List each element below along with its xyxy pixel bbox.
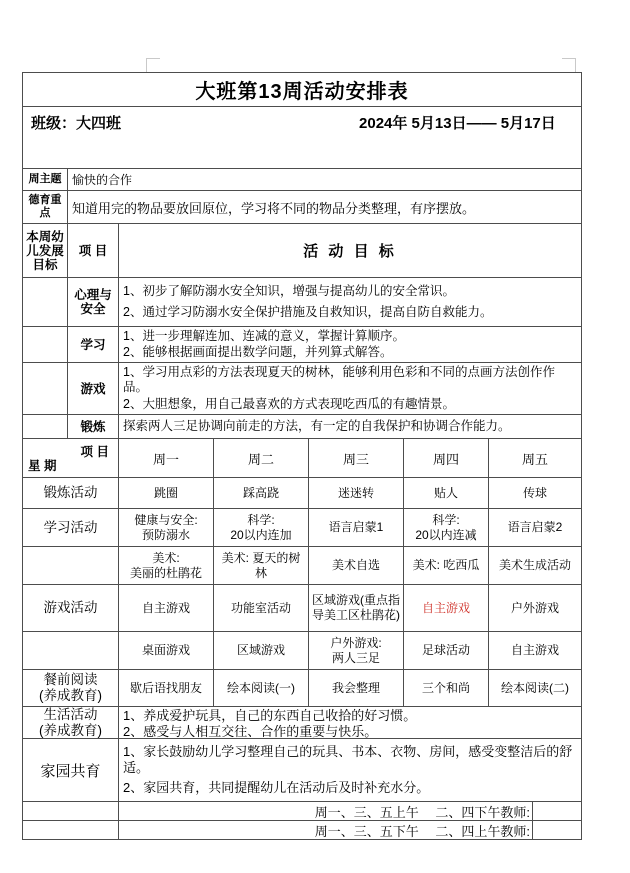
schedule-row-label-empty xyxy=(23,632,119,670)
schedule-cell-mon: 自主游戏 xyxy=(119,585,214,632)
life-activity-content: 1、养成爱护玩具，自己的东西自己收拾的好习惯。 2、感受与人相互交往、合作的重要… xyxy=(119,707,582,739)
schedule-cell-fri: 传球 xyxy=(489,478,582,509)
corner-week-label: 星 期 xyxy=(28,456,56,474)
schedule-row-label: 餐前阅读 (养成教育) xyxy=(23,670,119,707)
home-item: 2、家园共育，共同提醒幼儿在活动后及时补充水分。 xyxy=(123,780,575,796)
goal-text: 探索两人三足协调向前走的方法，有一定的自我保护和协调合作能力。 xyxy=(123,419,575,434)
schedule-cell-tue: 美术: 夏天的树林 xyxy=(214,547,309,585)
dev-row-label: 学习 xyxy=(68,327,119,363)
life-item: 1、养成爱护玩具，自己的东西自己收拾的好习惯。 xyxy=(123,708,575,724)
dev-row-label: 游戏 xyxy=(68,363,119,415)
home-item: 1、家长鼓励幼儿学习整理自己的玩具、书本、衣物、房间，感受变整洁后的舒适。 xyxy=(123,744,575,776)
goal-column-header: 活 动 目 标 xyxy=(119,224,582,278)
goal-text: 2、能够根据画面提出数学问题，并列算式解答。 xyxy=(123,345,575,360)
weekly-schedule-table: 大班第13周活动安排表 班级：大四班2024年 5月13日—— 5月17日 周主… xyxy=(22,72,582,840)
document-title: 大班第13周活动安排表 xyxy=(23,73,582,107)
goal-text: 2、通过学习防溺水安全保护措施及自救知识，提高自防自救能力。 xyxy=(123,305,575,320)
dev-goal-cell: 1、初步了解防溺水安全知识，增强与提高幼儿的安全常识。 2、通过学习防溺水安全保… xyxy=(119,278,582,327)
class-name: 班级：大四班 xyxy=(31,115,121,132)
life-item: 2、感受与人相互交往、合作的重要与快乐。 xyxy=(123,724,575,739)
schedule-cell-thu: 科学: 20以内连减 xyxy=(404,509,489,547)
corner-header-cell: 项 目 星 期 xyxy=(23,439,119,478)
goal-text: 2、大胆想象，用自己最喜欢的方式表现吃西瓜的有趣情景。 xyxy=(123,397,575,412)
schedule-cell-mon: 歇后语找朋友 xyxy=(119,670,214,707)
schedule-cell-wed: 美术自选 xyxy=(309,547,404,585)
schedule-cell-mon: 美术: 美丽的杜鹃花 xyxy=(119,547,214,585)
schedule-row-label: 学习活动 xyxy=(23,509,119,547)
schedule-cell-thu: 三个和尚 xyxy=(404,670,489,707)
day-header-thu: 周四 xyxy=(404,439,489,478)
day-header-mon: 周一 xyxy=(119,439,214,478)
schedule-cell-wed: 我会整理 xyxy=(309,670,404,707)
empty-cell xyxy=(23,802,119,821)
home-coop-label: 家园共育 xyxy=(23,739,119,802)
empty-cell xyxy=(23,821,119,840)
date-range: 2024年 5月13日—— 5月17日 xyxy=(359,115,556,132)
schedule-cell-mon: 健康与安全: 预防溺水 xyxy=(119,509,214,547)
item-column-header: 项 目 xyxy=(68,224,119,278)
schedule-cell-tue: 区域游戏 xyxy=(214,632,309,670)
week-theme-label: 周主题 xyxy=(23,169,68,191)
schedule-cell-fri: 自主游戏 xyxy=(489,632,582,670)
dev-goal-cell: 探索两人三足协调向前走的方法，有一定的自我保护和协调合作能力。 xyxy=(119,415,582,439)
development-section-label: 本周幼儿发展目标 xyxy=(23,224,68,278)
schedule-cell-thu: 贴人 xyxy=(404,478,489,509)
class-date-row: 班级：大四班2024年 5月13日—— 5月17日 xyxy=(23,107,582,169)
schedule-cell-wed: 迷迷转 xyxy=(309,478,404,509)
schedule-cell-fri: 语言启蒙2 xyxy=(489,509,582,547)
schedule-cell-fri: 绘本阅读(二) xyxy=(489,670,582,707)
home-coop-content: 1、家长鼓励幼儿学习整理自己的玩具、书本、衣物、房间，感受变整洁后的舒适。 2、… xyxy=(119,739,582,802)
schedule-cell-thu-highlighted: 自主游戏 xyxy=(404,585,489,632)
day-header-tue: 周二 xyxy=(214,439,309,478)
goal-text: 1、学习用点彩的方法表现夏天的树林，能够利用色彩和不同的点画方法创作作品。 xyxy=(123,365,575,395)
corner-item-label: 项 目 xyxy=(81,442,109,460)
schedule-cell-wed: 区域游戏(重点指导美工区杜鹃花) xyxy=(309,585,404,632)
schedule-row-label: 锻炼活动 xyxy=(23,478,119,509)
week-theme-value: 愉快的合作 xyxy=(68,169,582,191)
schedule-cell-thu: 美术: 吃西瓜 xyxy=(404,547,489,585)
schedule-cell-wed: 户外游戏: 两人三足 xyxy=(309,632,404,670)
dev-goal-cell: 1、学习用点彩的方法表现夏天的树林，能够利用色彩和不同的点画方法创作作品。 2、… xyxy=(119,363,582,415)
schedule-cell-tue: 绘本阅读(一) xyxy=(214,670,309,707)
schedule-cell-fri: 美术生成活动 xyxy=(489,547,582,585)
moral-focus-label: 德育重点 xyxy=(23,191,68,224)
goal-text: 1、进一步理解连加、连减的意义，掌握计算顺序。 xyxy=(123,329,575,344)
schedule-cell-wed: 语言启蒙1 xyxy=(309,509,404,547)
dev-goal-cell: 1、进一步理解连加、连减的意义，掌握计算顺序。 2、能够根据画面提出数学问题，并… xyxy=(119,327,582,363)
empty-cell xyxy=(23,415,68,439)
day-header-wed: 周三 xyxy=(309,439,404,478)
empty-cell xyxy=(23,363,68,415)
schedule-cell-tue: 踩高跷 xyxy=(214,478,309,509)
dev-row-label: 锻炼 xyxy=(68,415,119,439)
schedule-row-label-empty xyxy=(23,547,119,585)
day-header-fri: 周五 xyxy=(489,439,582,478)
schedule-row-label: 游戏活动 xyxy=(23,585,119,632)
schedule-cell-tue: 科学: 20以内连加 xyxy=(214,509,309,547)
schedule-cell-mon: 桌面游戏 xyxy=(119,632,214,670)
empty-cell xyxy=(23,278,68,327)
schedule-cell-mon: 跳圈 xyxy=(119,478,214,509)
dev-row-label: 心理与安全 xyxy=(68,278,119,327)
schedule-cell-fri: 户外游戏 xyxy=(489,585,582,632)
schedule-cell-thu: 足球活动 xyxy=(404,632,489,670)
moral-focus-value: 知道用完的物品要放回原位，学习将不同的物品分类整理，有序摆放。 xyxy=(68,191,582,224)
life-activity-label: 生活活动 (养成教育) xyxy=(23,707,119,739)
teacher-signature-field xyxy=(533,802,582,821)
teacher-signature-field xyxy=(533,821,582,840)
schedule-cell-tue: 功能室活动 xyxy=(214,585,309,632)
empty-cell xyxy=(23,327,68,363)
goal-text: 1、初步了解防溺水安全知识，增强与提高幼儿的安全常识。 xyxy=(123,284,575,299)
teacher-signature-line: 周一、三、五下午 二、四上午教师: xyxy=(119,821,533,840)
teacher-signature-line: 周一、三、五上午 二、四下午教师: xyxy=(119,802,533,821)
